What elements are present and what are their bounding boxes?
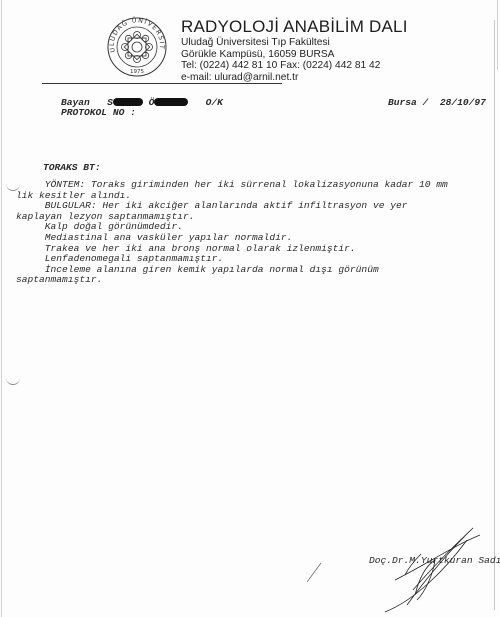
- handwritten-signature: [355, 520, 495, 617]
- patient-code: O/K: [206, 97, 223, 108]
- report-date: 28/10/97: [440, 97, 486, 108]
- page-edge-left: [1, 0, 2, 617]
- scanned-report-page: ULUDAĞ ÜNİVERSİTESİ 1975 RADYOLOJİ ANABİ…: [0, 0, 500, 617]
- redacted-name: [113, 98, 143, 106]
- letterhead-divider: [42, 83, 282, 84]
- address: Görükle Kampüsü, 16059 BURSA: [181, 49, 408, 61]
- faculty-name: Uludağ Üniversitesi Tıp Fakültesi: [181, 37, 408, 49]
- pen-stroke-mark: [305, 560, 325, 585]
- punch-hole-mark: [6, 378, 20, 385]
- page-edge-right-top: [497, 0, 498, 70]
- university-seal-icon: ULUDAĞ ÜNİVERSİTESİ 1975: [107, 16, 167, 78]
- department-title: RADYOLOJİ ANABİLİM DALI: [181, 17, 408, 37]
- phone-fax: Tel: (0224) 442 81 10 Fax: (0224) 442 81…: [181, 60, 408, 72]
- report-line: YÖNTEM: Toraks giriminden her iki sürren…: [16, 180, 448, 191]
- place-date: Bursa / 28/10/97: [388, 97, 486, 108]
- report-line: Mediastinal ana vasküler yapılar normald…: [16, 233, 448, 244]
- report-heading: TORAKS BT:: [43, 162, 101, 173]
- report-line: saptanmamıştır.: [16, 275, 448, 286]
- report-body: YÖNTEM: Toraks giriminden her iki sürren…: [16, 180, 448, 286]
- seal-year: 1975: [130, 69, 144, 75]
- redacted-surname: [154, 98, 188, 106]
- protocol-label: PROTOKOL NO :: [61, 107, 136, 118]
- email: e-mail: ulurad@arnil.net.tr: [181, 72, 408, 84]
- letterhead: RADYOLOJİ ANABİLİM DALI Uludağ Üniversit…: [181, 17, 408, 83]
- city: Bursa /: [388, 97, 428, 108]
